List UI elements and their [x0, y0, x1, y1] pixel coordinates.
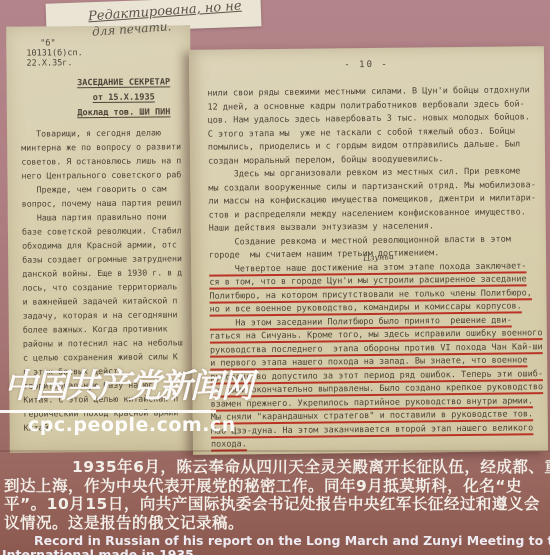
stamp-date: 22.Х.35г. — [26, 58, 82, 68]
page-number: - 10 - — [189, 58, 544, 72]
text-line: лось, что создание территориаль — [22, 279, 182, 294]
document-headings: ЗАСЕДАНИЕ СЕКРЕТАР от 15.Х.1935 Доклад т… — [59, 75, 189, 121]
text-line: советов. Я остановлюсь лишь на п — [21, 153, 181, 168]
watermark-url: cpc.people.com.cn — [28, 414, 236, 436]
text-line: него Центрального советского раб — [21, 167, 181, 182]
text-line: и важнейшей задачей китайской п — [22, 293, 182, 308]
text-line: минтерна же по вопросу о развити — [21, 139, 181, 154]
text-line: вопрос, почему наша партия решил — [22, 195, 182, 210]
text-line: Record in Russian of his report on the L… — [2, 534, 548, 548]
text-line: задачу, которая и на сегодняшни — [23, 307, 183, 322]
text-line: 1935年6月，陈云奉命从四川天全灵关殿离开长征队伍，经成都、重庆 — [4, 458, 546, 477]
text-line: базе советской революции. Стабил — [22, 223, 182, 238]
text-line: Наша партия правильно пони — [22, 209, 182, 224]
document-photo: "б"10131(б)сп.22.Х.35г. ЗАСЕДАНИЕ СЕКРЕТ… — [0, 0, 550, 452]
watermark-logo-text: 中国共产党新闻网 — [4, 368, 268, 404]
text-line: Прежде, чем говорить о сам — [22, 181, 182, 196]
watermark-divider — [0, 410, 216, 413]
caption-english: Record in Russian of his report on the L… — [2, 534, 548, 555]
text-line: 平”。10月15日，向共产国际执委会书记处报告中央红军长征经过和遵义会 — [4, 495, 546, 514]
text-line: базы создает огромные затруднени — [22, 251, 182, 266]
copy-stamp: "б"10131(б)сп.22.Х.35г. — [26, 38, 83, 68]
file-number: 10131(б)сп. — [26, 48, 82, 58]
text-line: данской войны. Еще в 1930 г. в д — [22, 265, 182, 280]
text-line: обходима для Красной армии, отс — [22, 237, 182, 252]
text-line: более важных. Когда противник — [23, 321, 183, 336]
document-title: ЗАСЕДАНИЕ СЕКРЕТАР — [59, 75, 189, 91]
text-line: районы и потеснил нас на небольш — [23, 335, 183, 350]
document-date: от 15.Х.1935 — [59, 90, 189, 106]
text-line: Товарищи, я сегодня делаю — [21, 125, 181, 140]
caption-chinese: 1935年6月，陈云奉命从四川天全灵关殿离开长征队伍，经成都、重庆到达上海，作为… — [4, 458, 546, 532]
copy-number: "б" — [40, 38, 82, 48]
text-line: International made in 1935. — [2, 548, 548, 555]
caption-panel: 1935年6月，陈云奉命从四川天全灵关殿离开长征队伍，经成都、重庆到达上海，作为… — [0, 452, 550, 555]
handwritten-annotation: Цзуньи — [363, 252, 394, 263]
text-line: 议情况。这是报告的俄文记录稿。 — [4, 514, 546, 533]
text-line: 到达上海，作为中央代表开展党的秘密工作。同年9月抵莫斯科，化名“史 — [4, 477, 546, 496]
report-title: Доклад тов. ШИ ПИН — [59, 105, 189, 121]
text-line: с целью сохранения живой силы К — [23, 349, 183, 364]
